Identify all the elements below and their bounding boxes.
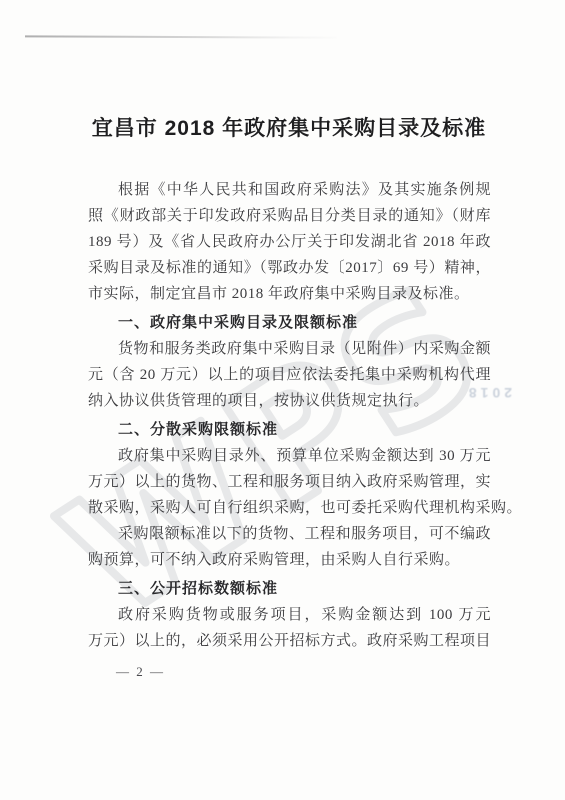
paragraph-line: 纳入协议供货管理的项目，按协议供货规定执行。 [88,388,491,414]
paragraph-line: 元（含 20 万元）以上的项目应依法委托集中采购机构代理采购。 [88,362,491,388]
paragraph-line: 政府采购货物或服务项目，采购金额达到 100 万元（含 100 [88,602,491,628]
paragraph-line: 根据《中华人民共和国政府采购法》及其实施条例规定，按 [88,177,491,203]
paragraph-line: 采购限额标准以下的货物、工程和服务项目，可不编政府采 [88,521,491,547]
document-page: WPS 2018 宜昌市 2018 年政府集中采购目录及标准 根据《中华人民共和… [0,0,565,800]
document-body: 根据《中华人民共和国政府采购法》及其实施条例规定，按 照《财政部关于印发政府采购… [88,177,491,654]
paragraph-line: 采购目录及标准的通知》（鄂政办发〔2017〕69 号）精神，结合我 [88,255,491,281]
section-heading-2: 二、分散采购限额标准 [88,417,491,443]
section-heading-1: 一、政府集中采购目录及限额标准 [88,310,491,336]
paragraph-line: 货物和服务类政府集中采购目录（见附件）内采购金额 20 万 [88,336,491,362]
paragraph-line: 万元）以上的，必须采用公开招标方式。政府采购工程项目公开 [88,628,491,654]
paragraph-line: 189 号）及《省人民政府办公厅关于印发湖北省 2018 年政府集中 [88,229,491,255]
page-number: — 2 — [116,664,165,680]
paragraph-line: 购预算，可不纳入政府采购管理，由采购人自行采购。 [88,547,491,573]
paragraph-line: 万元）以上的货物、工程和服务项目纳入政府采购管理，实行分 [88,469,491,495]
paragraph-line: 散采购，采购人可自行组织采购，也可委托采购代理机构采购。 [88,495,491,521]
document-title: 宜昌市 2018 年政府集中采购目录及标准 [83,112,495,142]
paragraph-line: 市实际，制定宜昌市 2018 年政府集中采购目录及标准。 [88,281,491,307]
scan-artifact-line [25,35,337,38]
paragraph-line: 照《财政部关于印发政府采购品目分类目录的通知》（财库〔2013〕 [88,203,491,229]
paragraph-line: 政府集中采购目录外、预算单位采购金额达到 30 万元（含 30 [88,443,491,469]
section-heading-3: 三、公开招标数额标准 [88,576,491,602]
